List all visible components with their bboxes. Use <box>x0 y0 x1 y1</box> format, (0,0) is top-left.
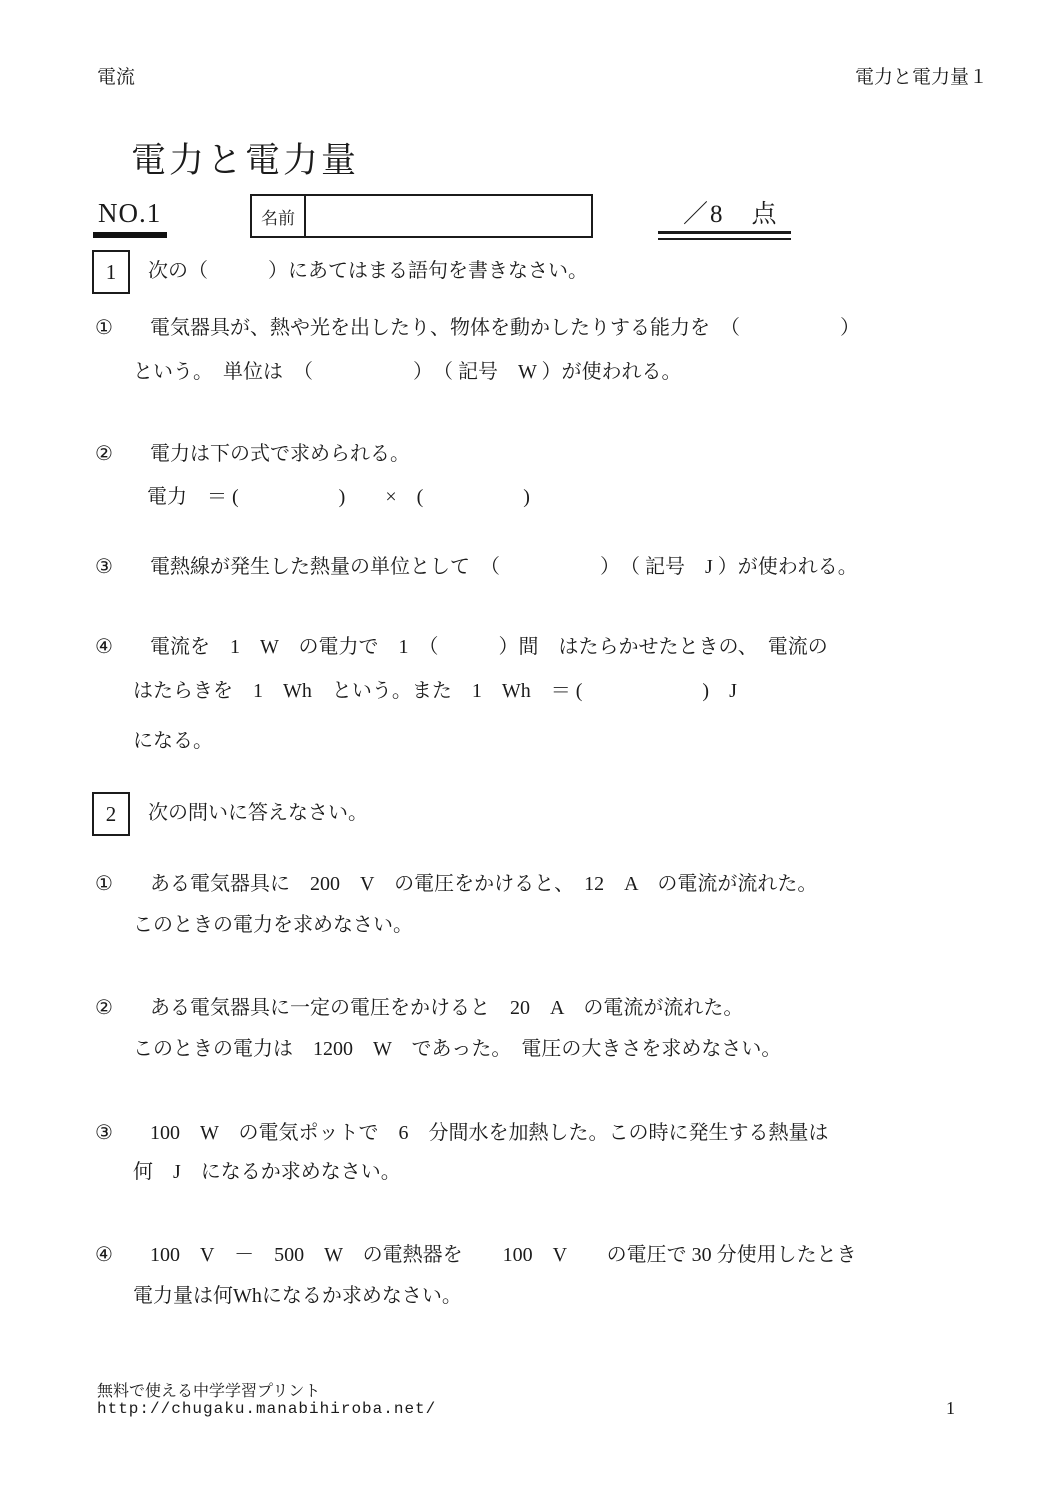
score-underline <box>658 231 791 240</box>
question-line: 電流を 1 W の電力で 1 （ ）間 はたらかせたときの、 電流の <box>150 635 828 659</box>
section1-number-box: 1 <box>92 250 130 294</box>
section2-number: 2 <box>106 802 117 827</box>
question-line: という。 単位は （ ） （ 記号 W ）が使われる。 <box>133 360 682 384</box>
question-line: 電力量は何Whになるか求めなさい。 <box>133 1284 462 1308</box>
worksheet-page: 電流 電力と電力量１ 電力と電力量 NO.1 名前 ／8 点 1 次の（ ）にあ… <box>0 0 1058 1497</box>
question-line: このときの電力は 1200 W であった。 電圧の大きさを求めなさい。 <box>133 1037 781 1061</box>
page-title: 電力と電力量 <box>131 133 359 183</box>
footer-url-link[interactable]: http://chugaku.manabihiroba.net/ <box>97 1400 436 1418</box>
question-line: 電熱線が発生した熱量の単位として （ ） （ 記号 J ）が使われる。 <box>150 555 858 579</box>
section2-prompt: 次の問いに答えなさい。 <box>148 801 368 825</box>
question-line: 電力 ＝ ( ) × ( ) <box>147 485 530 509</box>
worksheet-number: NO.1 <box>98 198 161 229</box>
section1-number: 1 <box>106 260 117 285</box>
item-number-marker: ④ <box>95 635 113 659</box>
item-number-marker: ① <box>95 872 113 896</box>
name-label: 名前 <box>252 196 306 236</box>
name-box: 名前 <box>250 194 593 238</box>
name-input-field[interactable] <box>306 196 591 236</box>
question-line: ある電気器具に一定の電圧をかけると 20 A の電流が流れた。 <box>150 996 743 1020</box>
question-line: 何 J になるか求めなさい。 <box>133 1160 401 1184</box>
header-left: 電流 <box>97 62 135 89</box>
item-number-marker: ① <box>95 316 113 340</box>
section2-number-box: 2 <box>92 792 130 836</box>
question-line: はたらきを 1 Wh という。また 1 Wh ＝ ( ) J <box>133 679 737 703</box>
question-line: 電力は下の式で求められる。 <box>150 442 410 466</box>
section1-prompt: 次の（ ）にあてはまる語句を書きなさい。 <box>148 259 588 283</box>
worksheet-number-underline <box>93 232 167 238</box>
question-line: このときの電力を求めなさい。 <box>133 913 413 937</box>
question-line: 100 W の電気ポットで 6 分間水を加熱した。この時に発生する熱量は <box>150 1121 829 1145</box>
item-number-marker: ③ <box>95 1121 113 1145</box>
footer-credit: 無料で使える中学学習プリント <box>97 1378 320 1401</box>
score-label: ／8 点 <box>683 194 779 230</box>
question-line: 100 V － 500 W の電熱器を 100 V の電圧で 30 分使用したと… <box>150 1243 857 1267</box>
header-right: 電力と電力量１ <box>855 62 988 89</box>
item-number-marker: ④ <box>95 1243 113 1267</box>
item-number-marker: ② <box>95 442 113 466</box>
page-number: 1 <box>946 1398 955 1419</box>
item-number-marker: ③ <box>95 555 113 579</box>
question-line: 電気器具が、熱や光を出したり、物体を動かしたりする能力を （ ） <box>150 316 860 340</box>
item-number-marker: ② <box>95 996 113 1020</box>
question-line: になる。 <box>133 729 213 753</box>
question-line: ある電気器具に 200 V の電圧をかけると、 12 A の電流が流れた。 <box>150 872 817 896</box>
